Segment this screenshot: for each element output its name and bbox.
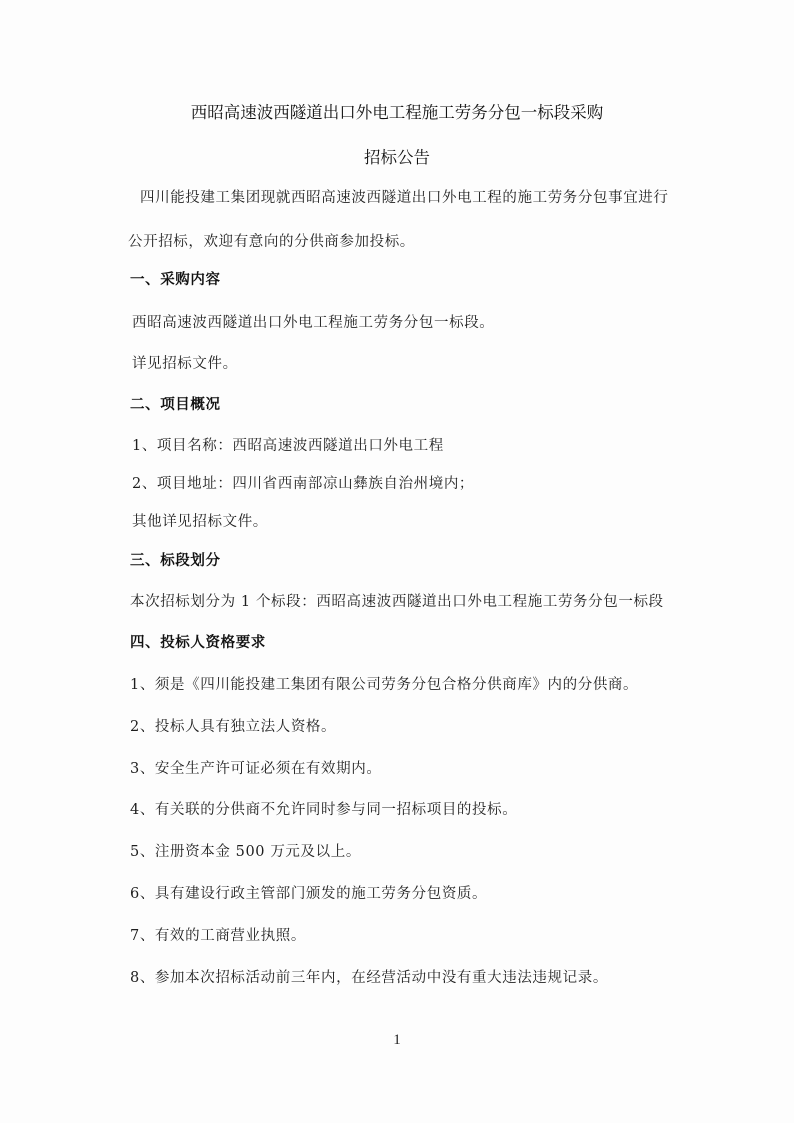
section-text: 其他详见招标文件。 [132,510,268,531]
requirement-item: 6、具有建设行政主管部门颁发的施工劳务分包资质。 [130,882,487,903]
section-heading-lots: 三、标段划分 [130,549,221,570]
page-number: 1 [0,1032,794,1049]
intro-paragraph-line-1: 四川能投建工集团现就西昭高速波西隧道出口外电工程的施工劳务分包事宜进行 [140,186,669,207]
document-subtitle: 招标公告 [0,144,794,168]
requirement-item: 8、参加本次招标活动前三年内，在经营活动中没有重大违法违规记录。 [130,966,608,987]
requirement-item: 1、须是《四川能投建工集团有限公司劳务分包合格分供商库》内的分供商。 [130,673,638,694]
section-text: 1、项目名称：西昭高速波西隧道出口外电工程 [132,434,444,455]
intro-paragraph-line-2: 公开招标，欢迎有意向的分供商参加投标。 [128,230,415,251]
section-heading-procurement: 一、采购内容 [130,268,221,289]
requirement-item: 5、注册资本金 500 万元及以上。 [130,840,361,861]
requirement-item: 2、投标人具有独立法人资格。 [130,715,336,736]
section-text: 本次招标划分为 1 个标段：西昭高速波西隧道出口外电工程施工劳务分包一标段 [130,590,664,611]
requirement-item: 3、安全生产许可证必须在有效期内。 [130,757,381,778]
requirement-item: 7、有效的工商营业执照。 [130,924,306,945]
requirement-item: 4、有关联的分供商不允许同时参与同一招标项目的投标。 [130,798,517,819]
document-title: 西昭高速波西隧道出口外电工程施工劳务分包一标段采购 [0,99,794,123]
section-text: 详见招标文件。 [132,352,238,373]
section-text: 西昭高速波西隧道出口外电工程施工劳务分包一标段。 [132,311,494,332]
section-heading-qualifications: 四、投标人资格要求 [130,631,266,652]
section-heading-overview: 二、项目概况 [130,393,221,414]
section-text: 2、项目地址：四川省西南部凉山彝族自治州境内； [132,472,474,493]
